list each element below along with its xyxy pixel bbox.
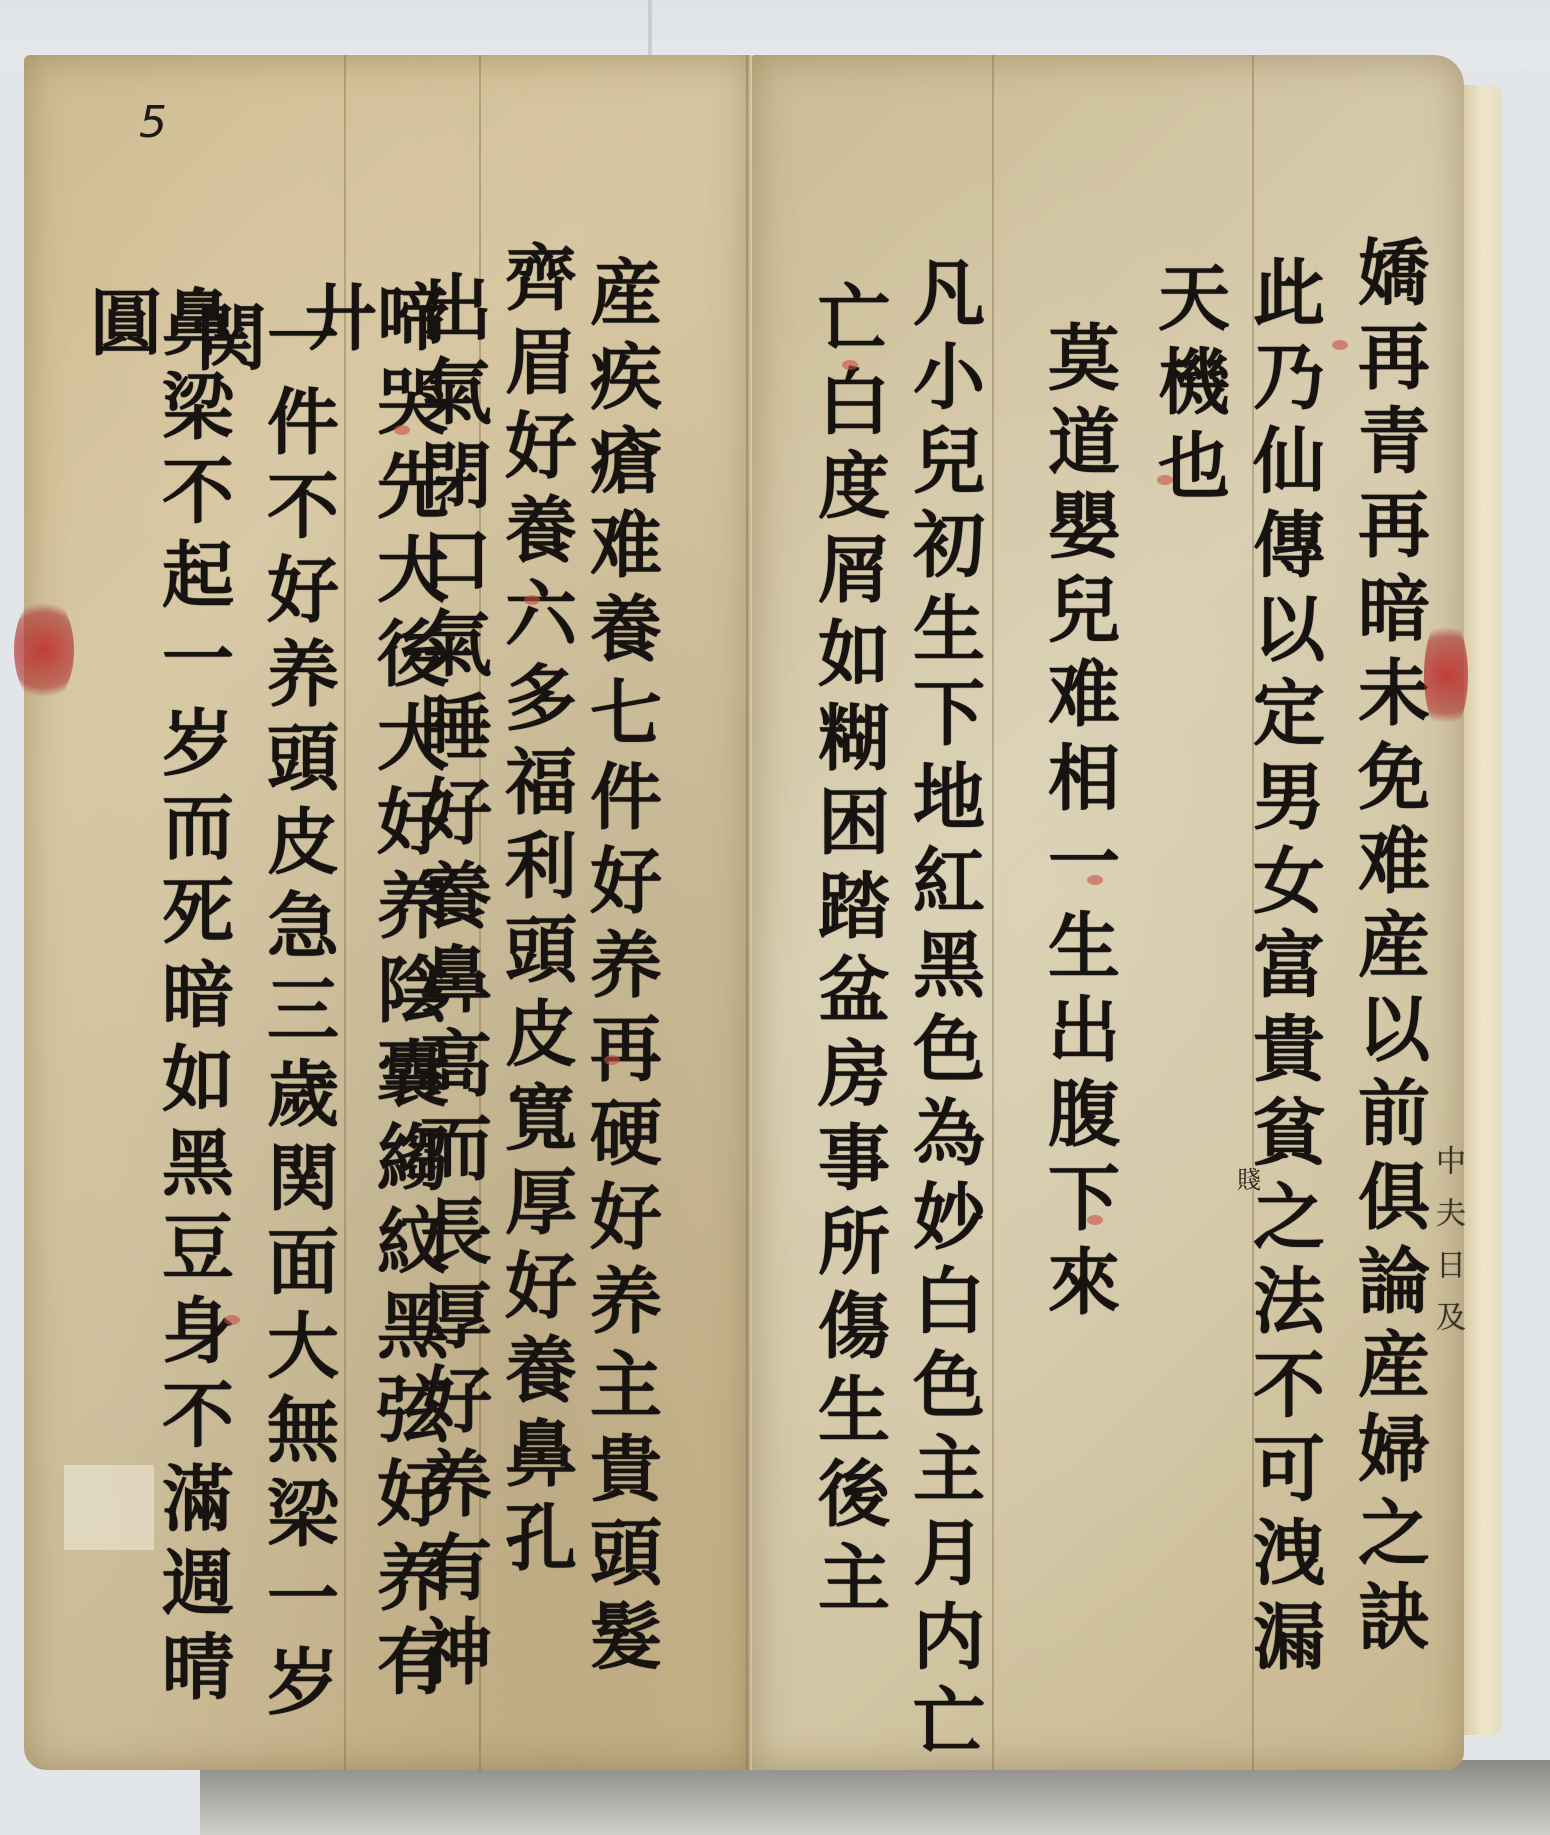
red-seal-mark (1424, 615, 1468, 735)
left-page: 5 産疾瘡难養七件好养再硬好养主貴頭髮 齊眉好養六多福利頭皮寬厚好養鼻孔 出氣閉… (24, 55, 752, 1770)
interlinear-note: 賤 (1237, 1160, 1261, 1195)
right-page: 嬌再青再暗未免难産以前俱論産婦之訣 此乃仙傳以定男女富貴貧之法不可洩漏 天機也 … (752, 55, 1464, 1770)
red-punctuation-dot (1332, 340, 1348, 350)
red-punctuation-dot (1157, 475, 1173, 485)
edge-text-column: 中夫日及 (1432, 1145, 1462, 1353)
red-punctuation-dot (394, 425, 410, 435)
red-seal-mark (14, 595, 74, 705)
page-number: 5 (139, 97, 167, 148)
text-column-right-1: 嬌再青再暗未免难産以前俱論産婦之訣 (1352, 235, 1424, 1663)
text-column-right-2: 此乃仙傳以定男女富貴貧之法不可洩漏 (1247, 255, 1319, 1683)
text-column-right-5: 凡小兒初生下地紅黑色為妙白色主月内亡 (907, 255, 979, 1767)
open-book: 5 産疾瘡难養七件好养再硬好养主貴頭髮 齊眉好養六多福利頭皮寬厚好養鼻孔 出氣閉… (24, 55, 1504, 1770)
red-punctuation-dot (1087, 1215, 1103, 1225)
text-column-left-1: 産疾瘡难養七件好养再硬好养主貴頭髮 (584, 255, 656, 1683)
red-punctuation-dot (604, 1055, 620, 1065)
red-punctuation-dot (224, 1315, 240, 1325)
red-punctuation-dot (842, 360, 858, 370)
text-column-left-2: 齊眉好養六多福利頭皮寬厚好養鼻孔 (499, 240, 571, 1584)
paper-repair-patch (64, 1465, 154, 1550)
book-shadow (200, 1760, 1550, 1835)
red-punctuation-dot (1087, 875, 1103, 885)
paper-fold (992, 55, 994, 1770)
red-punctuation-dot (524, 595, 540, 605)
text-column-right-6: 亡白度屑如糊困踏盆房事所傷生後主 (812, 280, 884, 1624)
text-column-right-4: 莫道嬰兒难相一生出腹下來 (1042, 320, 1114, 1328)
page-stack-edge (1464, 85, 1502, 1735)
